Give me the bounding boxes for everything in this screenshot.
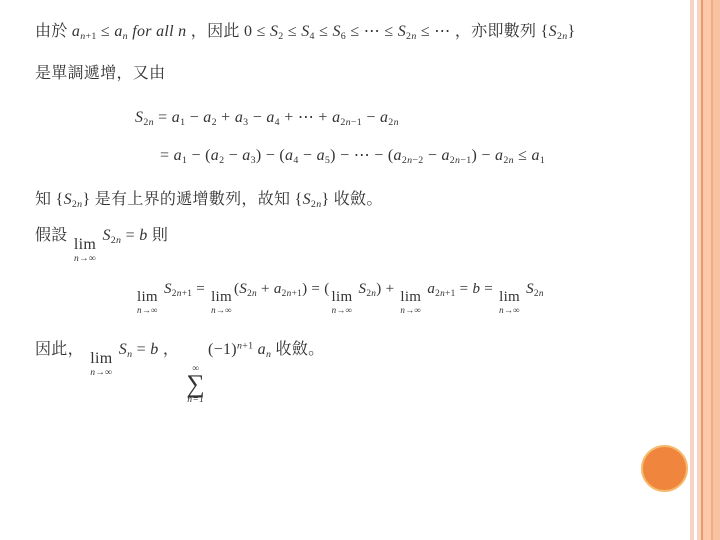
orange-circle-decoration [641, 445, 688, 492]
partial-sum-grouped-line: = a1 − (a2 − a3) − (a4 − a5) − ⋯ − (a2n−… [160, 146, 545, 167]
bounded-convergent-line: 知 {S2n} 是有上界的遞增數列，故知 {S2n} 收斂。 [35, 190, 383, 211]
monotone-line: 是單調遞增，又由 [35, 64, 165, 85]
limit-chain-line: limn→∞ S2n+1 = limn→∞(S2n + a2n+1) = (li… [135, 280, 544, 315]
presentation-slide: 由於 an+1 ≤ an for all n ，因此 0 ≤ S2 ≤ S4 ≤… [0, 0, 720, 540]
premise-line: 由於 an+1 ≤ an for all n ，因此 0 ≤ S2 ≤ S4 ≤… [35, 22, 575, 43]
assumption-line: 假設 limn→∞ S2n = b 則 [35, 226, 168, 263]
conclusion-line: 因此， limn→∞ Sn = b ， ∞∑n=1(−1)n+1 an 收斂。 [35, 340, 324, 405]
partial-sum-expansion-line: S2n = a1 − a2 + a3 − a4 + ⋯ + a2n−1 − a2… [135, 108, 399, 129]
right-edge-stripes-decoration [690, 0, 720, 540]
